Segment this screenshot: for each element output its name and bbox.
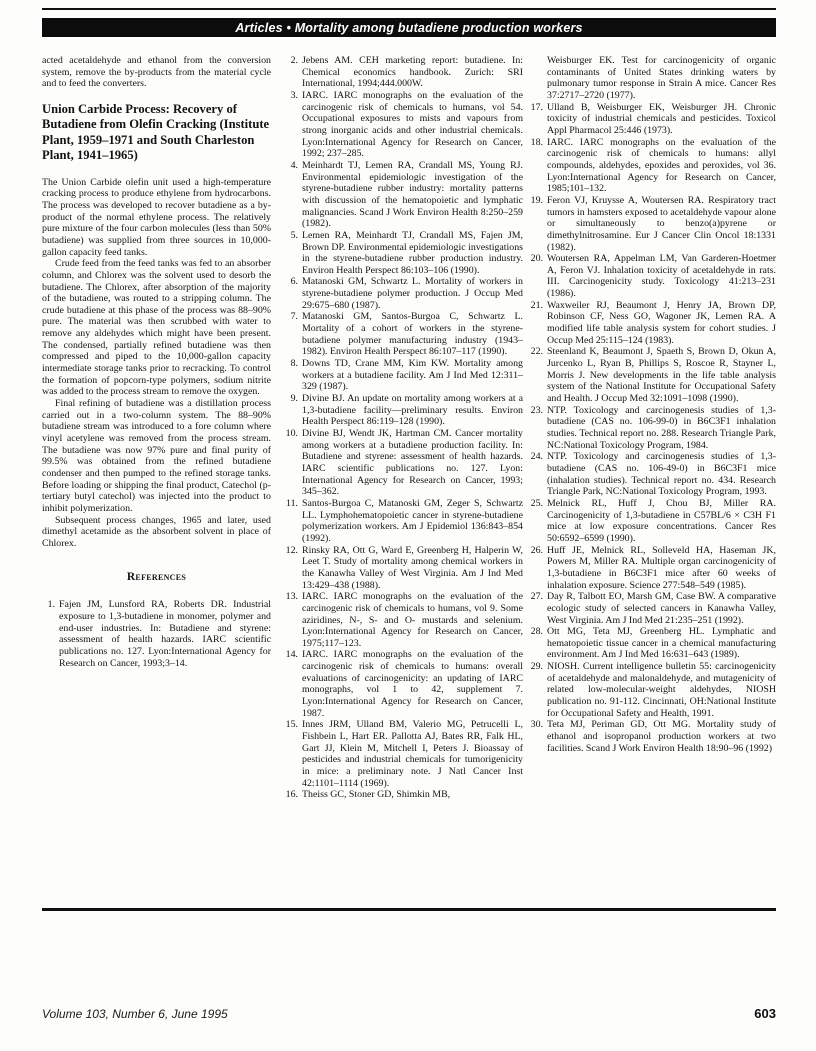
reference-text: Waxweiler RJ, Beaumont J, Henry JA, Brow… bbox=[547, 300, 776, 347]
reference-number: 14. bbox=[283, 649, 302, 719]
reference-number: 27. bbox=[528, 591, 547, 626]
reference-text: IARC. IARC monographs on the evaluation … bbox=[302, 591, 523, 649]
reference-text: Weisburger EK. Test for carcinogenicity … bbox=[547, 55, 776, 102]
reference-text: Matanoski GM, Schwartz L. Mortality of w… bbox=[302, 276, 523, 311]
reference-text: IARC. IARC monographs on the evaluation … bbox=[547, 137, 776, 195]
reference-item: 14.IARC. IARC monographs on the evaluati… bbox=[283, 649, 523, 719]
reference-item: 24.NTP. Toxicology and carcinogenesis st… bbox=[528, 451, 776, 498]
reference-number: 22. bbox=[528, 346, 547, 404]
reference-number: 5. bbox=[283, 230, 302, 277]
top-rule bbox=[42, 8, 776, 10]
reference-number: 26. bbox=[528, 545, 547, 592]
column-right: Weisburger EK. Test for carcinogenicity … bbox=[528, 55, 776, 911]
body-paragraph: Final refining of butadiene was a distil… bbox=[42, 398, 271, 515]
reference-number: 16. bbox=[283, 789, 302, 801]
references-list-right: Weisburger EK. Test for carcinogenicity … bbox=[528, 55, 776, 754]
reference-text: IARC. IARC monographs on the evaluation … bbox=[302, 649, 523, 719]
reference-text: Huff JE, Melnick RL, Solleveld HA, Hasem… bbox=[547, 545, 776, 592]
reference-item: 10.Divine BJ, Wendt JK, Hartman CM. Canc… bbox=[283, 428, 523, 498]
reference-number: 24. bbox=[528, 451, 547, 498]
reference-number: 1. bbox=[42, 599, 59, 669]
reference-number: 9. bbox=[283, 393, 302, 428]
reference-text: Downs TD, Crane MM, Kim KW. Mortality am… bbox=[302, 358, 523, 393]
journal-page: Articles • Mortality among butadiene pro… bbox=[0, 0, 816, 1051]
reference-text: Ulland B, Weisburger EK, Weisburger JH. … bbox=[547, 102, 776, 137]
reference-number: 19. bbox=[528, 195, 547, 253]
reference-item: 25.Melnick RL, Huff J, Chou BJ, Miller R… bbox=[528, 498, 776, 545]
reference-item: 12.Rinsky RA, Ott G, Ward E, Greenberg H… bbox=[283, 545, 523, 592]
reference-number: 3. bbox=[283, 90, 302, 160]
reference-item: 27.Day R, Talbott EO, Marsh GM, Case BW.… bbox=[528, 591, 776, 626]
reference-item: 26.Huff JE, Melnick RL, Solleveld HA, Ha… bbox=[528, 545, 776, 592]
reference-text: Day R, Talbott EO, Marsh GM, Case BW. A … bbox=[547, 591, 776, 626]
running-header-title: Articles • Mortality among butadiene pro… bbox=[235, 21, 582, 35]
body-paragraph: The Union Carbide olefin unit used a hig… bbox=[42, 177, 271, 259]
reference-number: 30. bbox=[528, 719, 547, 754]
reference-text: Innes JRM, Ulland BM, Valerio MG, Petruc… bbox=[302, 719, 523, 789]
reference-number: 21. bbox=[528, 300, 547, 347]
reference-item: 11.Santos-Burgoa C, Matanoski GM, Zeger … bbox=[283, 498, 523, 545]
reference-item: 1.Fajen JM, Lunsford RA, Roberts DR. Ind… bbox=[42, 599, 271, 669]
references-list-left: 1.Fajen JM, Lunsford RA, Roberts DR. Ind… bbox=[42, 599, 271, 669]
reference-item: 30.Teta MJ, Periman GD, Ott MG. Mortalit… bbox=[528, 719, 776, 754]
reference-number: 29. bbox=[528, 661, 547, 719]
reference-number: 15. bbox=[283, 719, 302, 789]
reference-text: Divine BJ. An update on mortality among … bbox=[302, 393, 523, 428]
reference-text: Woutersen RA, Appelman LM, Van Garderen-… bbox=[547, 253, 776, 300]
reference-item: 15.Innes JRM, Ulland BM, Valerio MG, Pet… bbox=[283, 719, 523, 789]
reference-text: Melnick RL, Huff J, Chou BJ, Miller RA. … bbox=[547, 498, 776, 545]
reference-item: 13.IARC. IARC monographs on the evaluati… bbox=[283, 591, 523, 649]
reference-item: 19.Feron VJ, Kruysse A, Woutersen RA. Re… bbox=[528, 195, 776, 253]
reference-number: 28. bbox=[528, 626, 547, 661]
reference-item: 7.Matanoski GM, Santos-Burgoa C, Schwart… bbox=[283, 311, 523, 358]
reference-number: 12. bbox=[283, 545, 302, 592]
reference-number: 17. bbox=[528, 102, 547, 137]
reference-text: Meinhardt TJ, Lemen RA, Crandall MS, You… bbox=[302, 160, 523, 230]
reference-text: Theiss GC, Stoner GD, Shimkin MB, bbox=[302, 789, 523, 801]
reference-number: 6. bbox=[283, 276, 302, 311]
footer-volume-line: Volume 103, Number 6, June 1995 bbox=[42, 1007, 228, 1021]
reference-item: 4.Meinhardt TJ, Lemen RA, Crandall MS, Y… bbox=[283, 160, 523, 230]
reference-text: Lemen RA, Meinhardt TJ, Crandall MS, Faj… bbox=[302, 230, 523, 277]
reference-item: 5.Lemen RA, Meinhardt TJ, Crandall MS, F… bbox=[283, 230, 523, 277]
page-footer: Volume 103, Number 6, June 1995 603 bbox=[42, 1006, 776, 1021]
body-paragraph: Subsequent process changes, 1965 and lat… bbox=[42, 515, 271, 550]
reference-text: Feron VJ, Kruysse A, Woutersen RA. Respi… bbox=[547, 195, 776, 253]
reference-text: Santos-Burgoa C, Matanoski GM, Zeger S, … bbox=[302, 498, 523, 545]
reference-item: 22.Steenland K, Beaumont J, Spaeth S, Br… bbox=[528, 346, 776, 404]
reference-text: Ott MG, Teta MJ, Greenberg HL. Lymphatic… bbox=[547, 626, 776, 661]
reference-number: 7. bbox=[283, 311, 302, 358]
reference-item: 17.Ulland B, Weisburger EK, Weisburger J… bbox=[528, 102, 776, 137]
references-list-middle: 2.Jebens AM. CEH marketing report: butad… bbox=[283, 55, 523, 801]
references-heading: References bbox=[42, 572, 271, 584]
reference-text: Teta MJ, Periman GD, Ott MG. Mortality s… bbox=[547, 719, 776, 754]
reference-item: 3.IARC. IARC monographs on the evaluatio… bbox=[283, 90, 523, 160]
reference-text: NIOSH. Current intelligence bulletin 55:… bbox=[547, 661, 776, 719]
reference-item: 9.Divine BJ. An update on mortality amon… bbox=[283, 393, 523, 428]
reference-item: 16.Theiss GC, Stoner GD, Shimkin MB, bbox=[283, 789, 523, 801]
reference-number: 11. bbox=[283, 498, 302, 545]
reference-number: 23. bbox=[528, 405, 547, 452]
reference-text: NTP. Toxicology and carcinogenesis studi… bbox=[547, 405, 776, 452]
body-paragraph: Crude feed from the feed tanks was fed t… bbox=[42, 258, 271, 398]
column-left: acted acetaldehyde and ethanol from the … bbox=[42, 55, 271, 911]
footer-page-number: 603 bbox=[754, 1006, 776, 1021]
reference-item: 23.NTP. Toxicology and carcinogenesis st… bbox=[528, 405, 776, 452]
reference-number: 13. bbox=[283, 591, 302, 649]
section-heading: Union Carbide Process: Recovery of Butad… bbox=[42, 102, 271, 164]
reference-number: 2. bbox=[283, 55, 302, 90]
reference-number: 20. bbox=[528, 253, 547, 300]
reference-number: 8. bbox=[283, 358, 302, 393]
running-header-bar: Articles • Mortality among butadiene pro… bbox=[42, 18, 776, 37]
reference-text: IARC. IARC monographs on the evaluation … bbox=[302, 90, 523, 160]
body-paragraph: acted acetaldehyde and ethanol from the … bbox=[42, 55, 271, 90]
reference-item: 6.Matanoski GM, Schwartz L. Mortality of… bbox=[283, 276, 523, 311]
reference-text: Steenland K, Beaumont J, Spaeth S, Brown… bbox=[547, 346, 776, 404]
reference-number: 25. bbox=[528, 498, 547, 545]
reference-item: 28.Ott MG, Teta MJ, Greenberg HL. Lympha… bbox=[528, 626, 776, 661]
reference-text: Divine BJ, Wendt JK, Hartman CM. Cancer … bbox=[302, 428, 523, 498]
reference-text: Rinsky RA, Ott G, Ward E, Greenberg H, H… bbox=[302, 545, 523, 592]
reference-text: NTP. Toxicology and carcinogenesis studi… bbox=[547, 451, 776, 498]
reference-item: Weisburger EK. Test for carcinogenicity … bbox=[528, 55, 776, 102]
reference-item: 18.IARC. IARC monographs on the evaluati… bbox=[528, 137, 776, 195]
reference-number: 10. bbox=[283, 428, 302, 498]
column-middle: 2.Jebens AM. CEH marketing report: butad… bbox=[283, 55, 523, 911]
reference-item: 21.Waxweiler RJ, Beaumont J, Henry JA, B… bbox=[528, 300, 776, 347]
reference-item: 20.Woutersen RA, Appelman LM, Van Garder… bbox=[528, 253, 776, 300]
reference-number bbox=[528, 55, 547, 102]
reference-number: 4. bbox=[283, 160, 302, 230]
reference-item: 29.NIOSH. Current intelligence bulletin … bbox=[528, 661, 776, 719]
reference-text: Jebens AM. CEH marketing report: butadie… bbox=[302, 55, 523, 90]
reference-item: 8.Downs TD, Crane MM, Kim KW. Mortality … bbox=[283, 358, 523, 393]
reference-number: 18. bbox=[528, 137, 547, 195]
reference-text: Matanoski GM, Santos-Burgoa C, Schwartz … bbox=[302, 311, 523, 358]
reference-text: Fajen JM, Lunsford RA, Roberts DR. Indus… bbox=[59, 599, 271, 669]
reference-item: 2.Jebens AM. CEH marketing report: butad… bbox=[283, 55, 523, 90]
bottom-rule bbox=[42, 908, 776, 911]
